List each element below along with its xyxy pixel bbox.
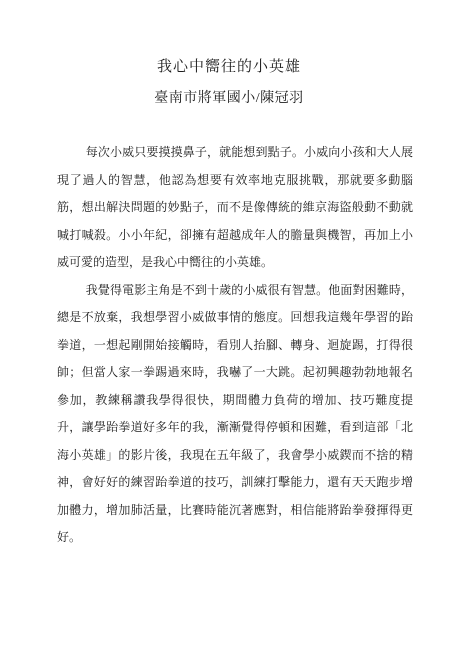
essay-byline: 臺南市將軍國小/陳冠羽 [0,89,458,108]
essay-body: 每次小威只要摸摸鼻子，就能想到點子。小威向小孩和大人展現了過人的智慧，他認為想要… [57,139,413,552]
essay-page: 我心中嚮往的小英雄 臺南市將軍國小/陳冠羽 每次小威只要摸摸鼻子，就能想到點子。… [0,0,458,648]
essay-title: 我心中嚮往的小英雄 [0,0,458,77]
essay-paragraph-1: 每次小威只要摸摸鼻子，就能想到點子。小威向小孩和大人展現了過人的智慧，他認為想要… [57,139,413,277]
essay-paragraph-2: 我覺得電影主角是不到十歲的小威很有智慧。他面對困難時，總是不放棄，我想學習小威做… [57,277,413,552]
